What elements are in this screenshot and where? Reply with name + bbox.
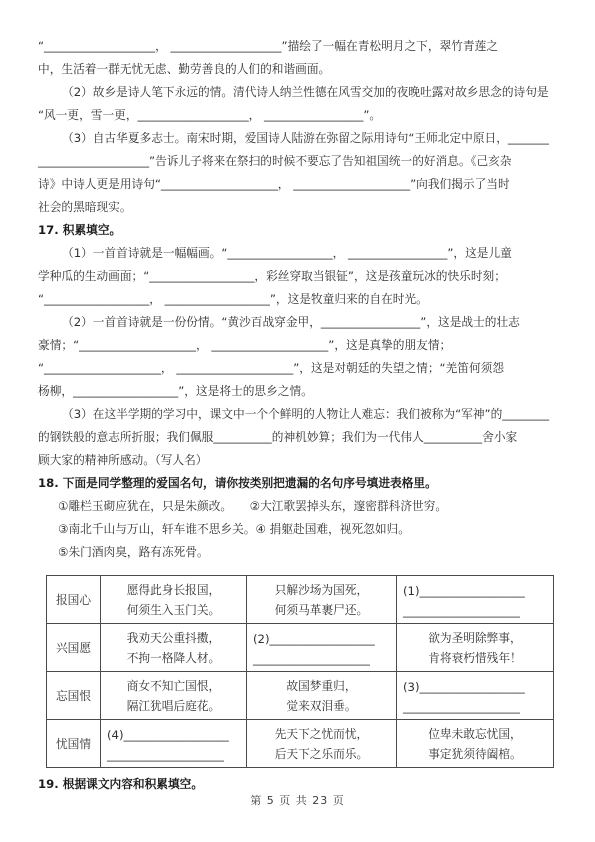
table-row: 报国心 愿得此身长报国， 何须生入玉门关。 只解沙场为国死， 何须马革裹尸还。 … bbox=[47, 576, 554, 624]
table-quote-cell: 先天下之忧而忧， 后天下之乐而乐。 bbox=[247, 720, 397, 768]
q16-line: 中，生活着一群无忧无虑、勤劳善良的人们的和谐画面。 bbox=[38, 58, 565, 81]
table-row: 忧国情 (4)__________________ ______________… bbox=[47, 720, 554, 768]
q17-line: （2）一首首诗就是一份份情。“黄沙百战穿金甲，_________________… bbox=[38, 311, 565, 334]
q18-item: ③南北千山与万山，轩车谁不思乡关。④ 捐躯赴国难，视死忽如归。 bbox=[38, 518, 565, 541]
q17-line: 顾大家的精神所感动。（写人名） bbox=[38, 449, 565, 472]
page-number-footer: 第 5 页 共 23 页 bbox=[0, 792, 595, 808]
q18-item: ①雕栏玉砌应犹在，只是朱颜改。 ②大江歌罢掉头东，邃密群科济世穷。 bbox=[38, 495, 565, 518]
table-category-cell: 忘国恨 bbox=[47, 672, 101, 720]
patriotic-quotes-table: 报国心 愿得此身长报国， 何须生入玉门关。 只解沙场为国死， 何须马革裹尸还。 … bbox=[46, 575, 554, 768]
table-quote-cell: 位卑未敢忘忧国， 事定犹须待阖棺。 bbox=[397, 720, 554, 768]
blank-line: ____________________ bbox=[107, 745, 240, 765]
blank-line: (1)__________________ bbox=[403, 581, 547, 601]
table-row: 忘国恨 商女不知亡国恨， 隔江犹唱后庭花。 故国梦重归， 觉来双泪垂。 (3)_… bbox=[47, 672, 554, 720]
blank-line: (4)__________________ bbox=[107, 725, 240, 745]
q16-line: 社会的黑暗现实。 bbox=[38, 196, 565, 219]
table-quote-cell: 只解沙场为国死， 何须马革裹尸还。 bbox=[247, 576, 397, 624]
q17-line: “____________________， _________________… bbox=[38, 357, 565, 380]
q18-heading: 18. 下面是同学整理的爱国名句，请你按类别把遗漏的名句序号填进表格里。 bbox=[38, 472, 565, 495]
page-content: “___________________， __________________… bbox=[0, 0, 595, 796]
quote-line: 位卑未敢忘忧国， bbox=[403, 724, 547, 744]
quote-line: 故国梦重归， bbox=[253, 676, 390, 696]
quote-line: 愿得此身长报国， bbox=[107, 580, 240, 600]
quote-line: 觉来双泪垂。 bbox=[253, 696, 390, 716]
table-category-cell: 忧国情 bbox=[47, 720, 101, 768]
quote-line: 不拘一格降人材。 bbox=[107, 648, 240, 668]
table-category-cell: 兴国愿 bbox=[47, 624, 101, 672]
blank-line: ____________________ bbox=[403, 697, 547, 717]
quote-line: 商女不知亡国恨， bbox=[107, 676, 240, 696]
table-blank-cell: (3)__________________ __________________… bbox=[397, 672, 554, 720]
q17-line: 学种瓜的生动画面；“__________________，彩丝穿取当银钲”，这是… bbox=[38, 265, 565, 288]
table-quote-cell: 我劝天公重抖擞， 不拘一格降人材。 bbox=[101, 624, 247, 672]
table-quote-cell: 欲为圣明除弊事， 肯将衰朽惜残年！ bbox=[397, 624, 554, 672]
table-quote-cell: 愿得此身长报国， 何须生入玉门关。 bbox=[101, 576, 247, 624]
q17-line: “__________________， __________________”… bbox=[38, 288, 565, 311]
table-blank-cell: (2)__________________ __________________… bbox=[247, 624, 397, 672]
q16-line: （2）故乡是诗人笔下永远的情。清代诗人纳兰性德在风雪交加的夜晚吐露对故乡思念的诗… bbox=[38, 81, 565, 104]
table-quote-cell: 商女不知亡国恨， 隔江犹唱后庭花。 bbox=[101, 672, 247, 720]
quote-line: 只解沙场为国死， bbox=[253, 580, 390, 600]
blank-line: ____________________ bbox=[403, 601, 547, 621]
q16-line: ___________________”告诉儿子将来在祭扫的时候不要忘了告知祖国… bbox=[38, 150, 565, 173]
table-category-cell: 报国心 bbox=[47, 576, 101, 624]
quote-line: 隔江犹唱后庭花。 bbox=[107, 696, 240, 716]
q18-item: ⑤朱门酒肉臭，路有冻死骨。 bbox=[38, 541, 565, 564]
quote-line: 我劝天公重抖擞， bbox=[107, 628, 240, 648]
q17-line: 杨柳，__________________”，这是将士的思乡之情。 bbox=[38, 380, 565, 403]
q16-line: “___________________， __________________… bbox=[38, 35, 565, 58]
q16-line: （3）自古华夏多志士。南宋时期，爱国诗人陆游在弥留之际用诗句“王师北定中原日，_… bbox=[38, 127, 565, 150]
quote-line: 欲为圣明除弊事， bbox=[403, 628, 547, 648]
quote-line: 后天下之乐而乐。 bbox=[253, 744, 390, 764]
quote-line: 何须生入玉门关。 bbox=[107, 600, 240, 620]
document-page: “___________________， __________________… bbox=[0, 0, 595, 842]
q17-line: 豪情；“____________________， ______________… bbox=[38, 334, 565, 357]
q16-line: 诗》中诗人更是用诗句“____________________， _______… bbox=[38, 173, 565, 196]
q16-line: “风一更，雪一更，___________________， __________… bbox=[38, 104, 565, 127]
table-row: 兴国愿 我劝天公重抖擞， 不拘一格降人材。 (2)_______________… bbox=[47, 624, 554, 672]
table-blank-cell: (4)__________________ __________________… bbox=[101, 720, 247, 768]
table-blank-cell: (1)__________________ __________________… bbox=[397, 576, 554, 624]
blank-line: (2)__________________ bbox=[253, 629, 390, 649]
table-quote-cell: 故国梦重归， 觉来双泪垂。 bbox=[247, 672, 397, 720]
q17-line: （3）在这半学期的学习中，课文中一个个鲜明的人物让人难忘：我们被称为“军神”的_… bbox=[38, 403, 565, 426]
blank-line: (3)__________________ bbox=[403, 677, 547, 697]
quote-line: 肯将衰朽惜残年！ bbox=[403, 648, 547, 668]
quote-line: 事定犹须待阖棺。 bbox=[403, 744, 547, 764]
quote-line: 先天下之忧而忧， bbox=[253, 724, 390, 744]
q17-heading: 17. 积累填空。 bbox=[38, 219, 565, 242]
q17-line: 的钢铁般的意志所折服；我们佩服__________的神机妙算；我们为一代伟人__… bbox=[38, 426, 565, 449]
quote-line: 何须马革裹尸还。 bbox=[253, 600, 390, 620]
q17-line: （1）一首首诗就是一幅幅画。“__________________， _____… bbox=[38, 242, 565, 265]
blank-line: ____________________ bbox=[253, 649, 390, 669]
